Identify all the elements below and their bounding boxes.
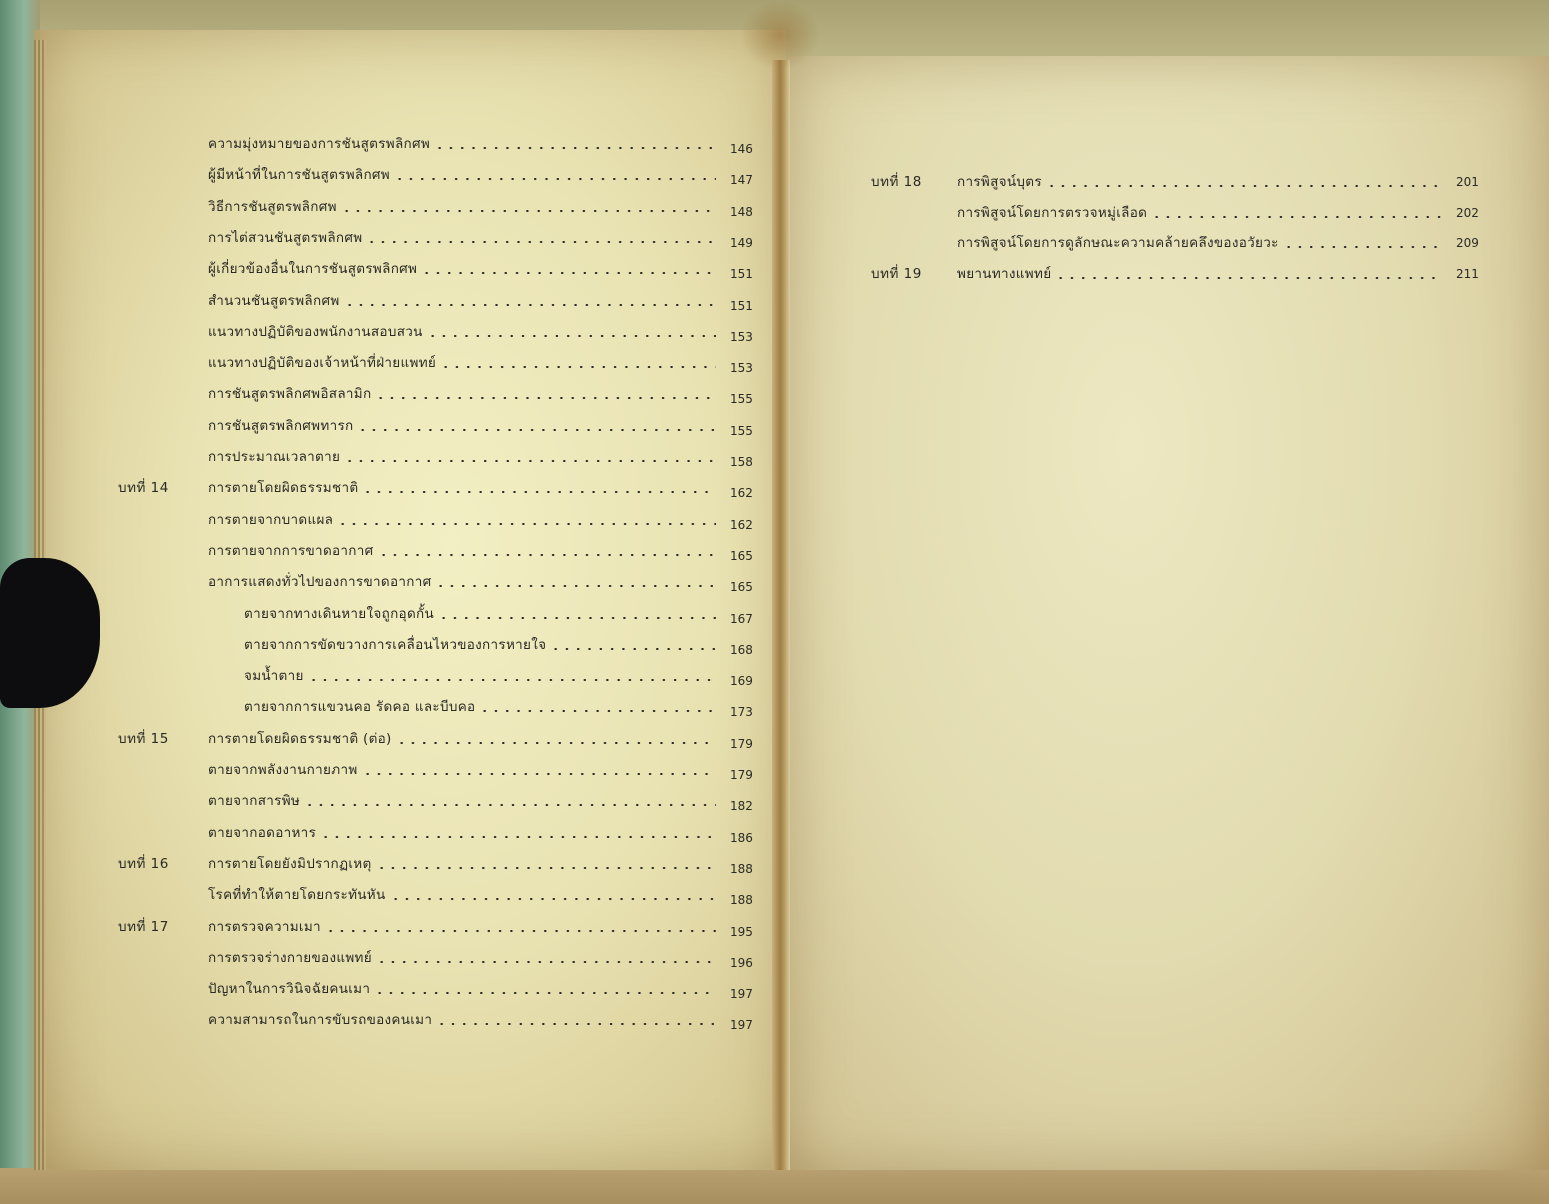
page-number: 211 [1456,264,1479,284]
dot-leader [374,992,716,994]
page-number: 179 [730,734,753,754]
dot-leader [440,366,716,368]
entry-title: จมน้ำตาย [244,666,304,686]
entry-title: ตายจากการแขวนคอ รัดคอ และบีบคอ [244,697,475,717]
page-number: 151 [730,296,753,316]
entry-title: อาการแสดงทั่วไปของการขาดอากาศ [208,572,431,592]
page-number: 165 [730,546,753,566]
page-number: 201 [1456,172,1479,192]
page-number: 197 [730,1015,753,1035]
dot-leader [308,679,716,681]
dot-leader [438,617,716,619]
page-number: 167 [730,609,753,629]
entry-title: ปัญหาในการวินิจฉัยคนเมา [208,979,370,999]
chapter-label: บทที่ 14 [118,478,169,498]
dot-leader [362,491,716,493]
page-number: 146 [730,139,753,159]
entry-title: การตายโดยยังมิปรากฏเหตุ [208,854,372,874]
entry-title: แนวทางปฏิบัติของเจ้าหน้าที่ฝ่ายแพทย์ [208,353,436,373]
dot-leader [435,585,716,587]
page-number: 197 [730,984,753,1004]
page-number: 165 [730,577,753,597]
entry-title: ความมุ่งหมายของการชันสูตรพลิกศพ [208,134,430,154]
left-page [34,30,786,1170]
dot-leader [357,429,716,431]
page-number: 182 [730,796,753,816]
stain [740,0,820,70]
entry-title: การไต่สวนชันสูตรพลิกศพ [208,228,362,248]
dot-leader [479,710,716,712]
page-number: 202 [1456,203,1479,223]
page-number: 148 [730,202,753,222]
page-number: 188 [730,890,753,910]
dot-leader [390,898,716,900]
page-number: 153 [730,327,753,347]
dot-leader [434,147,716,149]
dot-leader [427,335,716,337]
page-number: 151 [730,264,753,284]
entry-title: การตายโดยผิดธรรมชาติ (ต่อ) [208,729,392,749]
entry-title: ตายจากอดอาหาร [208,823,316,843]
book-gutter [772,60,790,1170]
page-number: 196 [730,953,753,973]
page-number: 158 [730,452,753,472]
entry-title: ตายจากทางเดินหายใจถูกอุดกั้น [244,604,434,624]
page-number: 195 [730,922,753,942]
entry-title: สำนวนชันสูตรพลิกศพ [208,291,340,311]
dot-leader [325,930,716,932]
page-number: 169 [730,671,753,691]
page-number: 153 [730,358,753,378]
page-number: 173 [730,702,753,722]
chapter-label: บทที่ 15 [118,729,169,749]
entry-title: ตายจากสารพิษ [208,791,300,811]
entry-title: การตรวจร่างกายของแพทย์ [208,948,372,968]
dot-leader [304,804,716,806]
entry-title: ตายจากพลังงานกายภาพ [208,760,358,780]
page-number: 155 [730,389,753,409]
dot-leader [341,210,716,212]
page-number: 162 [730,515,753,535]
page-number: 155 [730,421,753,441]
entry-title: การชันสูตรพลิกศพอิสลามิก [208,384,371,404]
entry-title: การพิสูจน์บุตร [957,172,1042,192]
dot-leader [344,460,716,462]
dot-leader [320,836,716,838]
page-number: 179 [730,765,753,785]
entry-title: โรคที่ทำให้ตายโดยกระทันหัน [208,885,386,905]
dot-leader [337,523,716,525]
page-number: 209 [1456,233,1479,253]
dot-leader [375,397,716,399]
entry-title: การตายจากการขาดอากาศ [208,541,374,561]
right-page [788,56,1549,1170]
page-number: 186 [730,828,753,848]
dot-leader [421,272,716,274]
chapter-label: บทที่ 17 [118,917,169,937]
entry-title: การตายจากบาดแผล [208,510,333,530]
page-number: 149 [730,233,753,253]
dot-leader [362,773,716,775]
entry-title: การประมาณเวลาตาย [208,447,340,467]
dot-leader [366,241,716,243]
dot-leader [1055,277,1442,279]
backdrop-bottom [0,1168,1549,1204]
entry-title: ความสามารถในการขับรถของคนเมา [208,1010,432,1030]
dot-leader [1283,246,1442,248]
entry-title: การตายโดยผิดธรรมชาติ [208,478,358,498]
dot-leader [378,554,716,556]
dot-leader [396,742,716,744]
entry-title: ตายจากการขัดขวางการเคลื่อนไหวของการหายใจ [244,635,546,655]
page-number: 162 [730,483,753,503]
entry-title: การพิสูจน์โดยการดูลักษณะความคล้ายคลึงของ… [957,233,1279,253]
entry-title: พยานทางแพทย์ [957,264,1051,284]
dot-leader [436,1023,716,1025]
entry-title: ผู้มีหน้าที่ในการชันสูตรพลิกศพ [208,165,390,185]
dot-leader [1151,216,1442,218]
chapter-label: บทที่ 19 [871,264,922,284]
entry-title: การตรวจความเมา [208,917,321,937]
chapter-label: บทที่ 18 [871,172,922,192]
page-number: 188 [730,859,753,879]
dot-leader [376,961,716,963]
entry-title: ผู้เกี่ยวข้องอื่นในการชันสูตรพลิกศพ [208,259,417,279]
entry-title: การชันสูตรพลิกศพทารก [208,416,353,436]
page-number: 168 [730,640,753,660]
page-number: 147 [730,170,753,190]
dot-leader [344,304,716,306]
entry-title: การพิสูจน์โดยการตรวจหมู่เลือด [957,203,1147,223]
dot-leader [1046,185,1442,187]
dot-leader [376,867,716,869]
chapter-label: บทที่ 16 [118,854,169,874]
entry-title: แนวทางปฏิบัติของพนักงานสอบสวน [208,322,423,342]
entry-title: วิธีการชันสูตรพลิกศพ [208,197,337,217]
dot-leader [394,178,716,180]
dot-leader [550,648,716,650]
